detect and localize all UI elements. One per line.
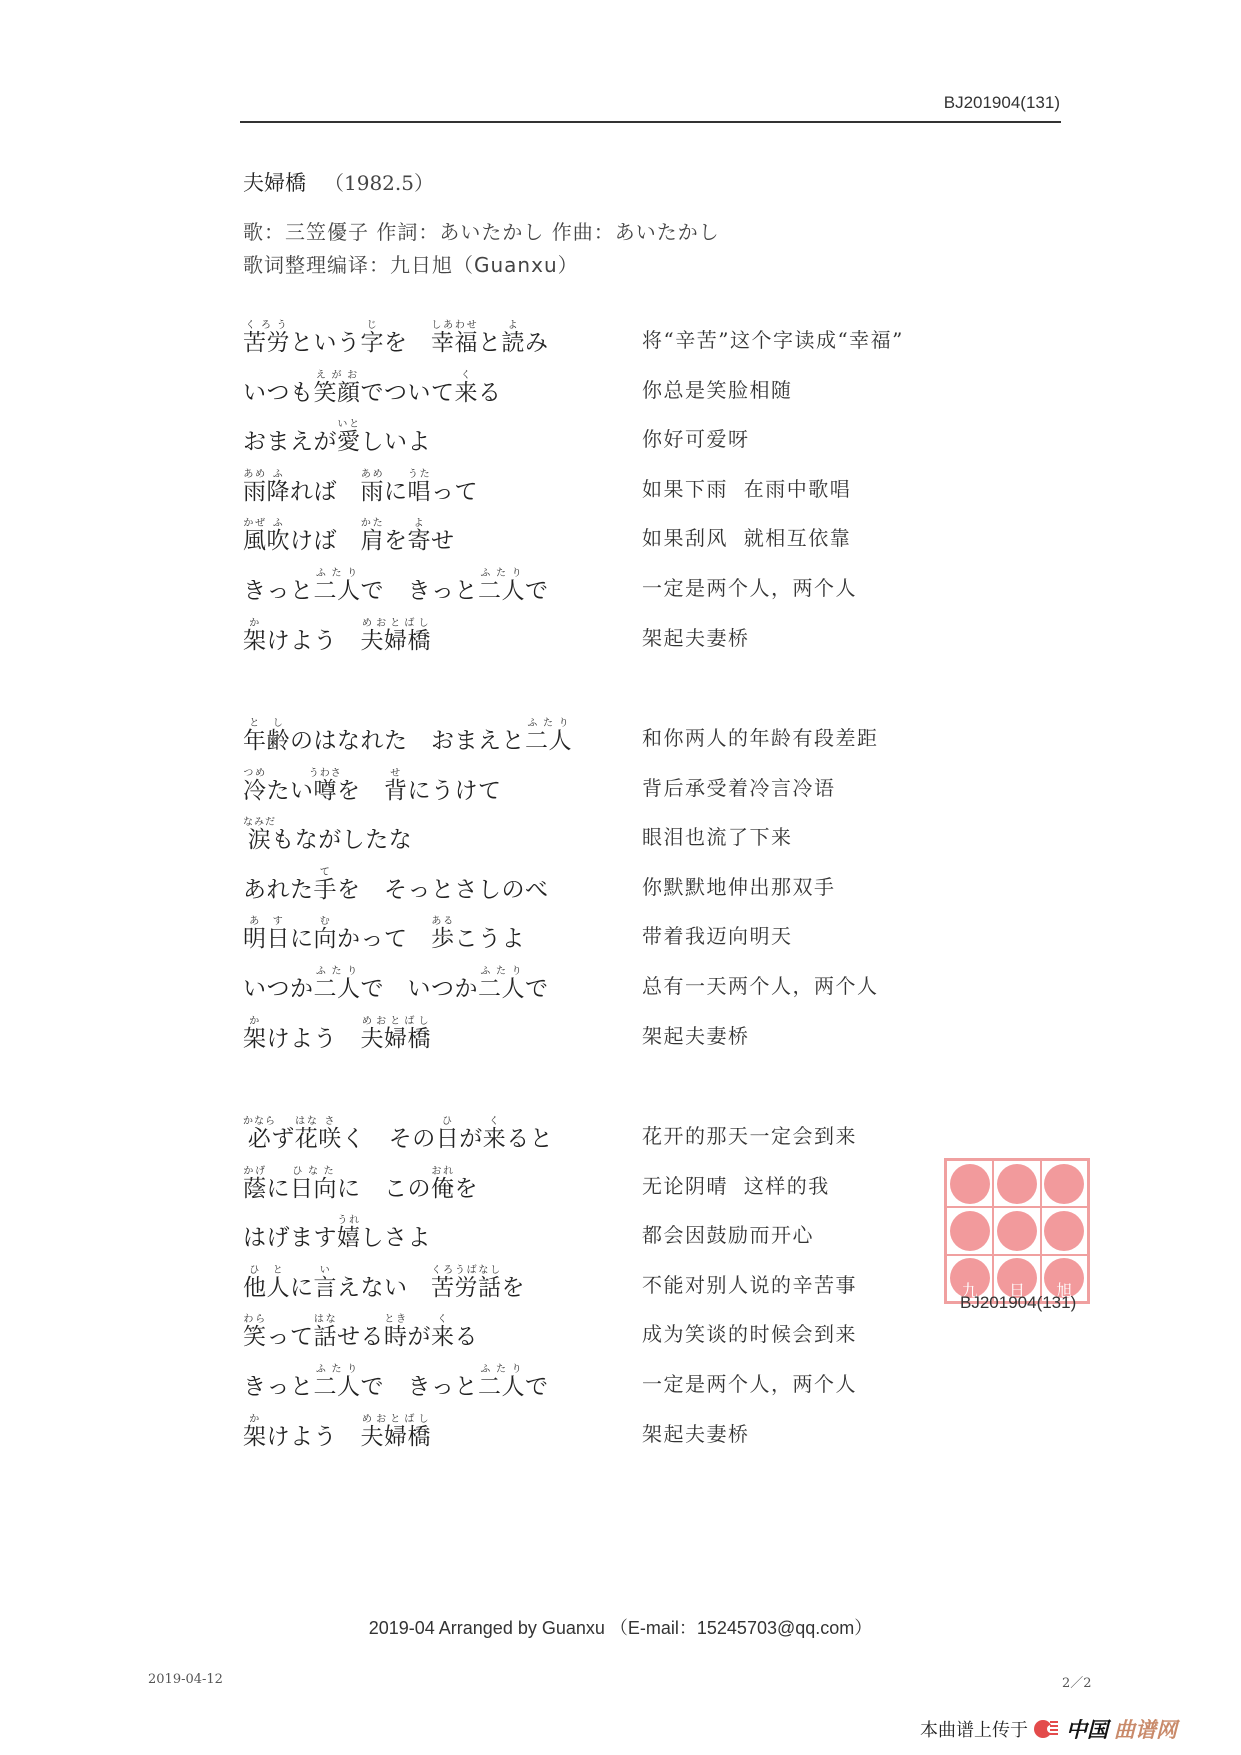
furigana-word: 笑顔えがお bbox=[314, 380, 361, 406]
furigana-word: 二人ふたり bbox=[478, 976, 525, 1002]
japanese-lyric: いつか二人ふたりで いつか二人ふたりで bbox=[243, 966, 549, 1003]
song-date: （1982.5） bbox=[324, 171, 434, 195]
lyric-row: 必かならず花はな咲さく その日ひが来くると花开的那天一定会到来 bbox=[243, 1102, 963, 1152]
chinese-translation: 架起夫妻桥 bbox=[642, 1020, 750, 1049]
chinese-translation: 无论阴晴 这样的我 bbox=[642, 1170, 830, 1199]
furigana-word: 苦労話くろうばなし bbox=[431, 1275, 502, 1301]
stamp-cell bbox=[946, 1160, 993, 1207]
verse-2: 年齢としのはなれた おまえと二人ふたり和你两人的年龄有段差距冷つめたい噂うわさを… bbox=[243, 704, 963, 1051]
furigana-word: 雨あめ bbox=[361, 479, 385, 505]
furigana-word: 蔭かげ bbox=[243, 1176, 267, 1202]
furigana-word: 年齢とし bbox=[243, 728, 290, 754]
lyric-row: きっと二人ふたりで きっと二人ふたりで一定是两个人，两个人 bbox=[243, 554, 963, 604]
furigana-word: 時とき bbox=[384, 1324, 408, 1350]
japanese-lyric: 蔭かげに日向ひなたに この俺おれを bbox=[243, 1166, 478, 1203]
furigana-word: 風かぜ bbox=[243, 528, 267, 554]
furigana-word: 二人ふたり bbox=[314, 578, 361, 604]
furigana-word: 二人ふたり bbox=[525, 728, 572, 754]
japanese-lyric: 冷つめたい噂うわさを 背せにうけて bbox=[243, 768, 502, 805]
japanese-lyric: 架かけよう 夫婦橋めおとばし bbox=[243, 618, 431, 655]
stamp-cell bbox=[1041, 1207, 1088, 1254]
song-credits: 歌：三笠優子 作詞：あいたかし 作曲：あいたかし bbox=[243, 216, 720, 245]
chinese-translation: 不能对别人说的辛苦事 bbox=[642, 1269, 857, 1298]
furigana-word: 来く bbox=[431, 1324, 455, 1350]
furigana-word: 必かなら bbox=[243, 1126, 271, 1152]
lyric-row: きっと二人ふたりで きっと二人ふたりで一定是两个人，两个人 bbox=[243, 1350, 963, 1400]
lyric-row: 明日あすに向むかって 歩あるこうよ带着我迈向明天 bbox=[243, 902, 963, 952]
lyric-row: 架かけよう 夫婦橋めおとばし架起夫妻桥 bbox=[243, 1002, 963, 1052]
lyric-row: 他人ひとに言いえない 苦労話くろうばなしを不能对别人说的辛苦事 bbox=[243, 1251, 963, 1301]
footer-credit: 2019-04 Arranged by Guanxu （E-mail：15245… bbox=[0, 1614, 1241, 1640]
header-rule bbox=[240, 121, 1061, 123]
furigana-word: 夫婦橋めおとばし bbox=[361, 1424, 432, 1450]
japanese-lyric: 雨あめ降ふれば 雨あめに唱うたって bbox=[243, 469, 478, 506]
furigana-word: 咲さ bbox=[318, 1126, 342, 1152]
japanese-lyric: きっと二人ふたりで きっと二人ふたりで bbox=[243, 568, 549, 605]
chinese-translation: 都会因鼓励而开心 bbox=[642, 1219, 814, 1248]
chinese-translation: 总有一天两个人，两个人 bbox=[642, 970, 879, 999]
furigana-word: 涙なみだ bbox=[243, 827, 271, 853]
chinese-translation: 如果刮风 就相互依靠 bbox=[642, 522, 851, 551]
chinese-translation: 成为笑谈的时候会到来 bbox=[642, 1318, 857, 1347]
furigana-word: 話はな bbox=[314, 1324, 338, 1350]
furigana-word: 花はな bbox=[295, 1126, 319, 1152]
japanese-lyric: 架かけよう 夫婦橋めおとばし bbox=[243, 1414, 431, 1451]
chinese-translation: 将“辛苦”这个字读成“幸福” bbox=[642, 324, 904, 353]
lyric-row: 風かぜ吹ふけば 肩かたを寄よせ如果刮风 就相互依靠 bbox=[243, 504, 963, 554]
lyric-row: 笑わらって話はなせる時ときが来くる成为笑谈的时候会到来 bbox=[243, 1300, 963, 1350]
furigana-word: 向む bbox=[314, 926, 338, 952]
furigana-word: 手て bbox=[314, 877, 338, 903]
furigana-word: 夫婦橋めおとばし bbox=[361, 628, 432, 654]
furigana-word: 吹ふ bbox=[267, 528, 291, 554]
upload-label: 本曲谱上传于 bbox=[920, 1716, 1028, 1742]
lyric-row: おまえが愛いとしいよ你好可爱呀 bbox=[243, 405, 963, 455]
stamp-cell bbox=[946, 1207, 993, 1254]
lyric-row: あれた手てを そっとさしのべ你默默地伸出那双手 bbox=[243, 853, 963, 903]
furigana-word: 字じ bbox=[361, 330, 385, 356]
lyric-row: 蔭かげに日向ひなたに この俺おれを无论阴晴 这样的我 bbox=[243, 1152, 963, 1202]
japanese-lyric: 必かならず花はな咲さく その日ひが来くると bbox=[243, 1116, 553, 1153]
song-title-line: 夫婦橋（1982.5） bbox=[243, 167, 434, 197]
site-logo-text-b: 曲谱网 bbox=[1114, 1714, 1177, 1744]
japanese-lyric: はげます嬉うれしさよ bbox=[243, 1215, 431, 1252]
chinese-translation: 你默默地伸出那双手 bbox=[642, 871, 836, 900]
japanese-lyric: 笑わらって話はなせる時ときが来くる bbox=[243, 1314, 478, 1351]
furigana-word: 肩かた bbox=[361, 528, 385, 554]
furigana-word: 歩ある bbox=[431, 926, 455, 952]
japanese-lyric: 苦労くろうという字じを 幸福しあわせと読よみ bbox=[243, 320, 549, 357]
chinese-translation: 架起夫妻桥 bbox=[642, 1418, 750, 1447]
furigana-word: 冷つめ bbox=[243, 778, 267, 804]
furigana-word: 愛いと bbox=[337, 429, 361, 455]
lyric-row: 冷つめたい噂うわさを 背せにうけて背后承受着冷言冷语 bbox=[243, 754, 963, 804]
lyric-row: 雨あめ降ふれば 雨あめに唱うたって如果下雨 在雨中歌唱 bbox=[243, 455, 963, 505]
japanese-lyric: おまえが愛いとしいよ bbox=[243, 419, 431, 456]
furigana-word: 幸福しあわせ bbox=[431, 330, 478, 356]
furigana-word: 夫婦橋めおとばし bbox=[361, 1026, 432, 1052]
song-title: 夫婦橋 bbox=[243, 171, 306, 195]
furigana-word: 日ひ bbox=[436, 1126, 460, 1152]
furigana-word: 笑わら bbox=[243, 1324, 267, 1350]
japanese-lyric: 架かけよう 夫婦橋めおとばし bbox=[243, 1016, 431, 1053]
japanese-lyric: 他人ひとに言いえない 苦労話くろうばなしを bbox=[243, 1265, 525, 1302]
furigana-word: 降ふ bbox=[267, 479, 291, 505]
furigana-word: 読よ bbox=[502, 330, 526, 356]
furigana-word: 二人ふたり bbox=[478, 1374, 525, 1400]
chinese-translation: 架起夫妻桥 bbox=[642, 622, 750, 651]
furigana-word: 噂うわさ bbox=[314, 778, 338, 804]
furigana-word: 俺おれ bbox=[431, 1176, 455, 1202]
seal-stamp: 九 日 旭 bbox=[944, 1158, 1090, 1304]
furigana-word: 背せ bbox=[384, 778, 408, 804]
lyric-row: はげます嬉うれしさよ都会因鼓励而开心 bbox=[243, 1201, 963, 1251]
furigana-word: 日向ひなた bbox=[290, 1176, 337, 1202]
japanese-lyric: 年齢としのはなれた おまえと二人ふたり bbox=[243, 718, 572, 755]
japanese-lyric: 明日あすに向むかって 歩あるこうよ bbox=[243, 916, 525, 953]
site-logo-text-a: 中国 bbox=[1066, 1714, 1108, 1744]
furigana-word: 寄よ bbox=[408, 528, 432, 554]
upload-banner[interactable]: 本曲谱上传于 中国曲谱网 bbox=[920, 1714, 1177, 1744]
furigana-word: 架か bbox=[243, 1424, 267, 1450]
furigana-word: 来く bbox=[455, 380, 479, 406]
chinese-translation: 眼泪也流了下来 bbox=[642, 821, 793, 850]
furigana-word: 唱うた bbox=[408, 479, 432, 505]
chinese-translation: 带着我迈向明天 bbox=[642, 920, 793, 949]
japanese-lyric: きっと二人ふたりで きっと二人ふたりで bbox=[243, 1364, 549, 1401]
stamp-cell bbox=[993, 1207, 1040, 1254]
page-number: 2／2 bbox=[1062, 1672, 1092, 1691]
japanese-lyric: 涙なみだもながしたな bbox=[243, 817, 412, 854]
furigana-word: 雨あめ bbox=[243, 479, 267, 505]
chinese-translation: 如果下雨 在雨中歌唱 bbox=[642, 473, 851, 502]
lyric-row: 架かけよう 夫婦橋めおとばし架起夫妻桥 bbox=[243, 1400, 963, 1450]
lyric-row: いつか二人ふたりで いつか二人ふたりで总有一天两个人，两个人 bbox=[243, 952, 963, 1002]
furigana-word: 苦労くろう bbox=[243, 330, 290, 356]
translator-credit: 歌词整理编译：九日旭（Guanxu） bbox=[243, 249, 579, 278]
furigana-word: 二人ふたり bbox=[314, 976, 361, 1002]
lyric-row: 年齢としのはなれた おまえと二人ふたり和你两人的年龄有段差距 bbox=[243, 704, 963, 754]
stamp-cell bbox=[1041, 1160, 1088, 1207]
furigana-word: 嬉うれ bbox=[337, 1225, 361, 1251]
furigana-word: 架か bbox=[243, 628, 267, 654]
footer-date: 2019-04-12 bbox=[148, 1672, 223, 1687]
chinese-translation: 你好可爱呀 bbox=[642, 423, 750, 452]
furigana-word: 明日あす bbox=[243, 926, 290, 952]
furigana-word: 二人ふたり bbox=[478, 578, 525, 604]
japanese-lyric: いつも笑顔えがおでついて来くる bbox=[243, 370, 502, 407]
chinese-translation: 背后承受着冷言冷语 bbox=[642, 772, 836, 801]
site-logo-icon bbox=[1034, 1718, 1060, 1740]
furigana-word: 来く bbox=[483, 1126, 507, 1152]
lyric-row: 涙なみだもながしたな眼泪也流了下来 bbox=[243, 803, 963, 853]
lyric-row: 苦労くろうという字じを 幸福しあわせと読よみ将“辛苦”这个字读成“幸福” bbox=[243, 306, 963, 356]
furigana-word: 架か bbox=[243, 1026, 267, 1052]
header-code: BJ201904(131) bbox=[944, 93, 1060, 113]
furigana-word: 二人ふたり bbox=[314, 1374, 361, 1400]
furigana-word: 他人ひと bbox=[243, 1275, 290, 1301]
verse-1: 苦労くろうという字じを 幸福しあわせと読よみ将“辛苦”这个字读成“幸福”いつも笑… bbox=[243, 306, 963, 653]
verse-3: 必かならず花はな咲さく その日ひが来くると花开的那天一定会到来蔭かげに日向ひなた… bbox=[243, 1102, 963, 1449]
japanese-lyric: あれた手てを そっとさしのべ bbox=[243, 867, 549, 904]
stamp-code: BJ201904(131) bbox=[960, 1293, 1076, 1313]
chinese-translation: 你总是笑脸相随 bbox=[642, 374, 793, 403]
chinese-translation: 花开的那天一定会到来 bbox=[642, 1120, 857, 1149]
chinese-translation: 一定是两个人，两个人 bbox=[642, 572, 857, 601]
lyric-row: いつも笑顔えがおでついて来くる你总是笑脸相随 bbox=[243, 356, 963, 406]
chinese-translation: 一定是两个人，两个人 bbox=[642, 1368, 857, 1397]
lyric-row: 架かけよう 夫婦橋めおとばし架起夫妻桥 bbox=[243, 604, 963, 654]
stamp-cell bbox=[993, 1160, 1040, 1207]
japanese-lyric: 風かぜ吹ふけば 肩かたを寄よせ bbox=[243, 518, 455, 555]
chinese-translation: 和你两人的年龄有段差距 bbox=[642, 722, 879, 751]
furigana-word: 言い bbox=[314, 1275, 338, 1301]
